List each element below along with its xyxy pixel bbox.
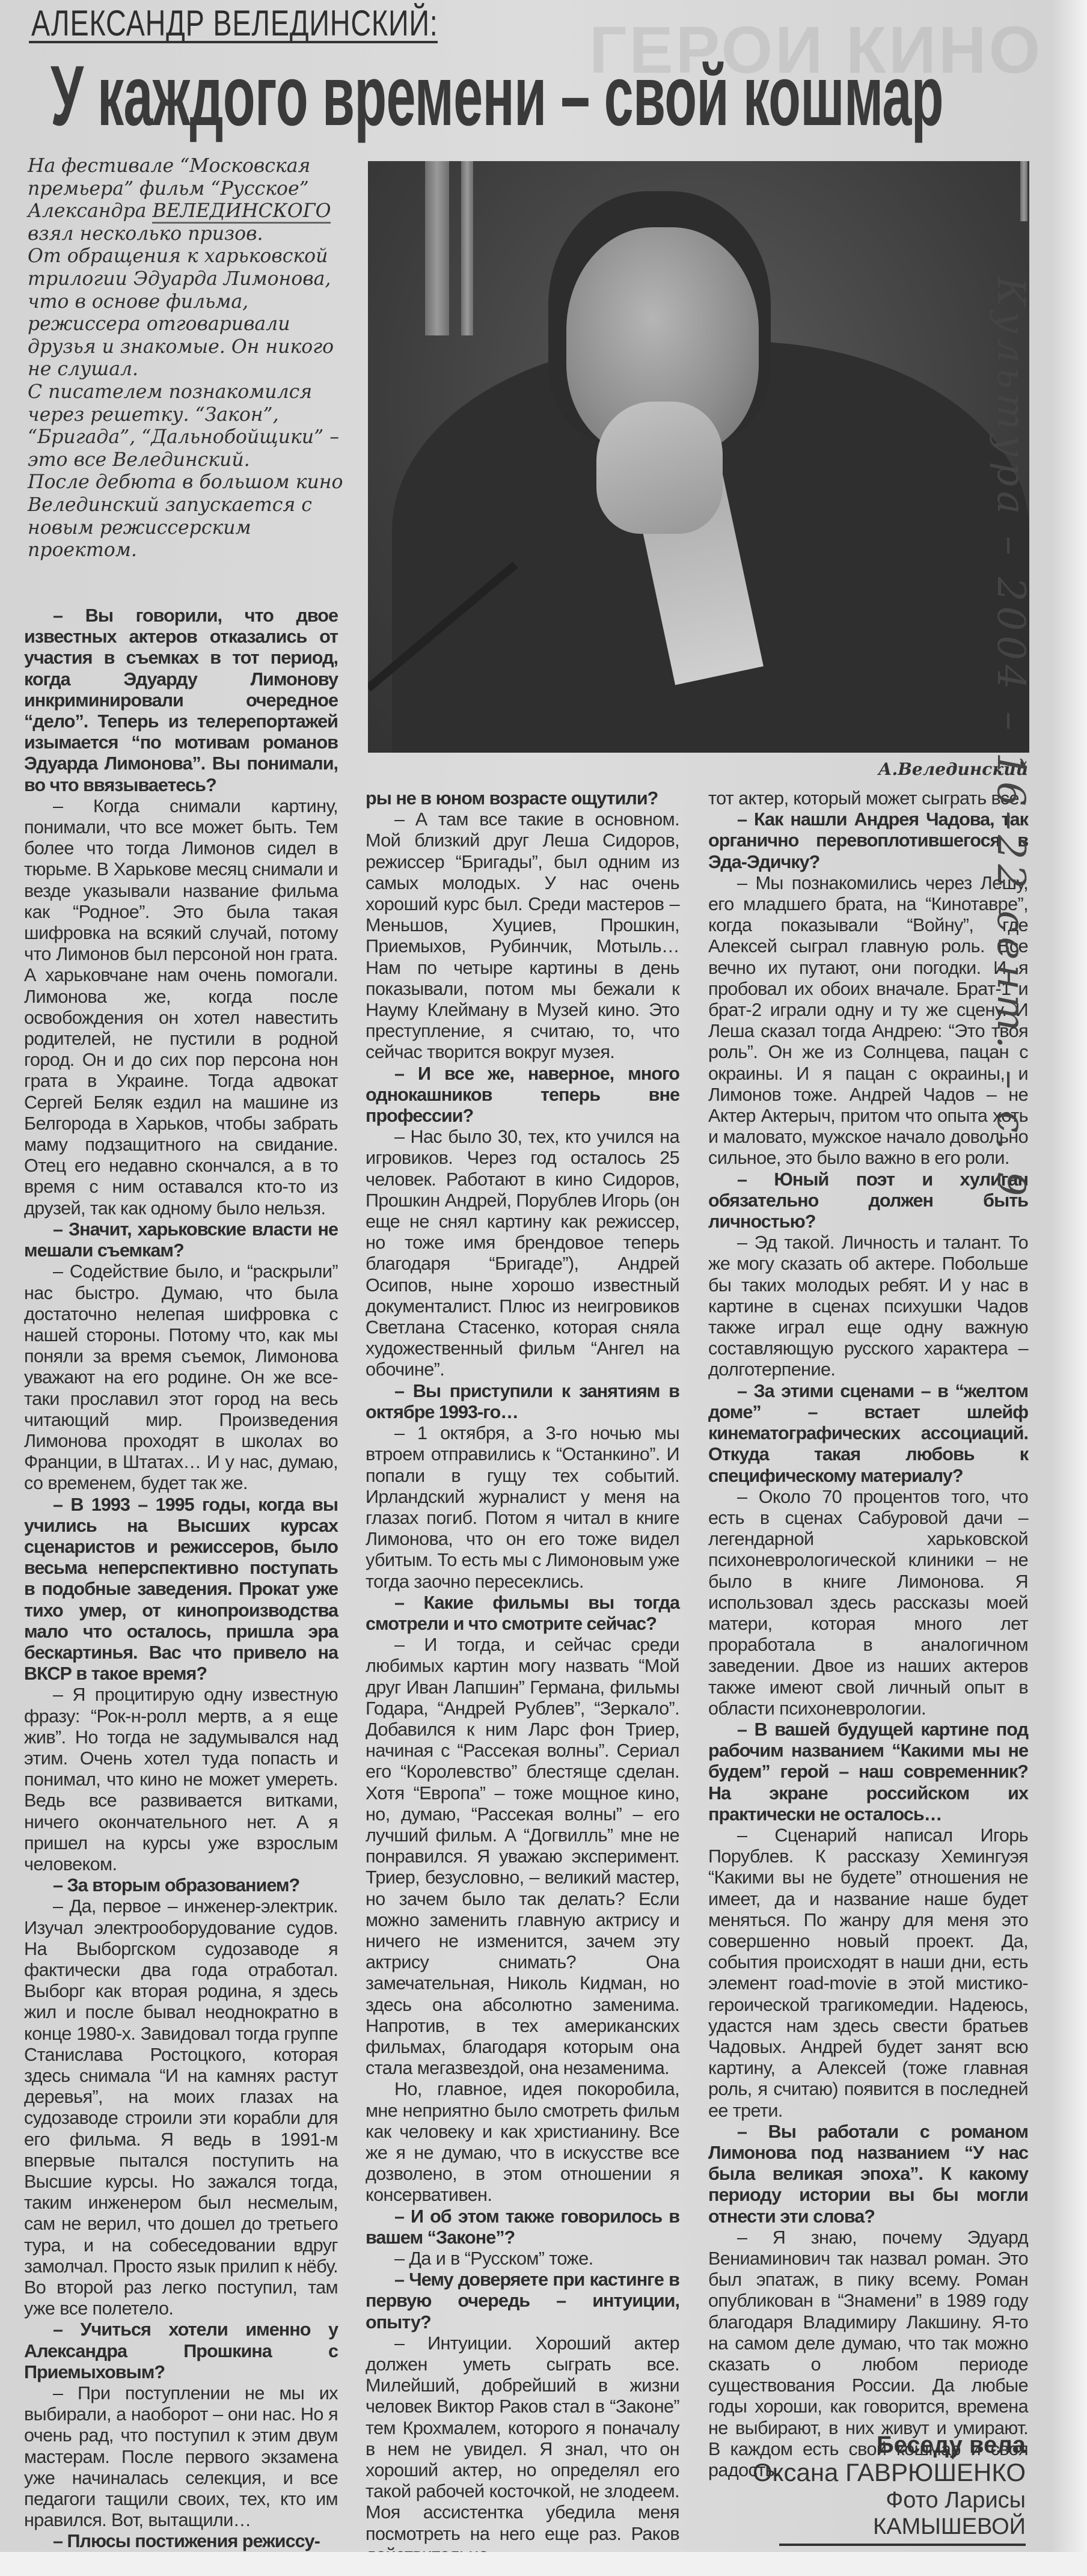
article-headline: У каждого времени – свой кошмар: [51, 47, 943, 145]
handwritten-source-note: Культура – 2004 – 16–22 сент. – с. 9: [988, 277, 1033, 968]
interview-answer: – При поступлении не мы их выбирали, а н…: [24, 2383, 338, 2531]
interview-question: – В вашей будущей картине под рабочим на…: [708, 1719, 1028, 1825]
interview-question: – Какие фильмы вы тогда смотрели и что с…: [366, 1592, 679, 1635]
interview-answer: – Содействие было, и “раскрыли” нас быст…: [24, 1261, 338, 1494]
interview-question: – И об этом также говорилось в вашем “За…: [366, 2206, 679, 2248]
interview-question: ры не в юном возрасте ощутили?: [366, 788, 679, 809]
interview-answer: – Интуиции. Хороший актер должен уметь с…: [366, 2333, 679, 2566]
text-column-2: ры не в юном возрасте ощутили?– А там вс…: [366, 788, 679, 2566]
lead-paragraph-1: На фестивале “Московская премьера” фильм…: [28, 155, 352, 245]
lead-paragraph-2: От обращения к харьковской трилогии Эдуа…: [28, 245, 352, 381]
interview-answer: – Эд такой. Личность и талант. То же мог…: [708, 1232, 1028, 1380]
interview-question: – Как нашли Андрея Чадова, так органично…: [708, 809, 1028, 873]
interview-question: – В 1993 – 1995 годы, когда вы учились н…: [24, 1495, 338, 1685]
interview-answer: – Мы познакомились через Лешу, его младш…: [708, 873, 1028, 1169]
byline-label: Беседу вела: [739, 2432, 1026, 2458]
interview-question: – Юный поэт и хулиган обязательно должен…: [708, 1169, 1028, 1233]
interview-answer: – А там все такие в основном. Мой близки…: [366, 809, 679, 1063]
interview-question: – Плюсы постижения режиссу-: [24, 2531, 338, 2552]
article-kicker: АЛЕКСАНДР ВЕЛЕДИНСКИЙ:: [31, 2, 438, 44]
figure-hand: [596, 402, 723, 534]
byline-author: Оксана ГАВРЮШЕНКО: [739, 2458, 1026, 2487]
article-lead: На фестивале “Московская премьера” фильм…: [28, 155, 352, 562]
text-column-3: тот актер, который может сыграть все.– К…: [708, 788, 1028, 2481]
interview-answer: тот актер, который может сыграть все.: [708, 788, 1028, 809]
interview-question: – Вы работали с романом Лимонова под наз…: [708, 2122, 1028, 2227]
interview-question: – За этими сценами – в “желтом доме” – в…: [708, 1381, 1028, 1487]
interview-question: – И все же, наверное, много однокашников…: [366, 1063, 679, 1127]
director-name: ВЕЛЕДИНСКОГО: [152, 200, 331, 224]
interview-question: – Значит, харьковские власти не мешали с…: [24, 1219, 338, 1261]
byline: Беседу вела Оксана ГАВРЮШЕНКО Фото Ларис…: [739, 2432, 1026, 2546]
kicker-underline: [29, 41, 438, 43]
interview-answer: – Около 70 процентов того, что есть в сц…: [708, 1487, 1028, 1719]
interview-question: – Вы говорили, что двое известных актеро…: [24, 605, 338, 796]
lead-paragraph-3: С писателем познакомился через решетку. …: [28, 381, 352, 471]
interview-answer: – Да и в “Русском” тоже.: [366, 2248, 679, 2269]
interview-answer: Но, главное, идея покоробила, мне неприя…: [366, 2079, 679, 2206]
interview-answer: – И тогда, и сейчас среди любимых картин…: [366, 1635, 679, 2079]
interview-answer: – Нас было 30, тех, кто учился на игрови…: [366, 1127, 679, 1380]
interview-question: – Учиться хотели именно у Александра Про…: [24, 2319, 338, 2383]
interview-question: – Вы приступили к занятиям в октябре 199…: [366, 1381, 679, 1423]
byline-photo-credit: Фото Ларисы КАМЫШЕВОЙ: [739, 2487, 1026, 2540]
interview-answer: – Да, первое – инженер-электрик. Изучал …: [24, 1896, 338, 2319]
lead-paragraph-4: После дебюта в большом кино Велединский …: [28, 471, 352, 561]
interview-question: – За вторым образованием?: [24, 1875, 338, 1896]
portrait-photo: [368, 161, 1029, 753]
interview-question: – Чему доверяете при кастинге в первую о…: [366, 2269, 679, 2333]
interview-answer: – Я процитирую одну известную фразу: “Ро…: [24, 1684, 338, 1875]
byline-rule: [779, 2544, 1026, 2546]
interview-answer: – 1 октября, а 3-го ночью мы втроем отпр…: [366, 1423, 679, 1592]
interview-answer: – Сценарий написал Игорь Порублев. К рас…: [708, 1825, 1028, 2122]
interview-answer: – Когда снимали картину, понимали, что в…: [24, 796, 338, 1219]
newspaper-page: ГЕРОИ КИНО АЛЕКСАНДР ВЕЛЕДИНСКИЙ: У кажд…: [0, 0, 1087, 2576]
text-column-1: – Вы говорили, что двое известных актеро…: [24, 605, 338, 2553]
